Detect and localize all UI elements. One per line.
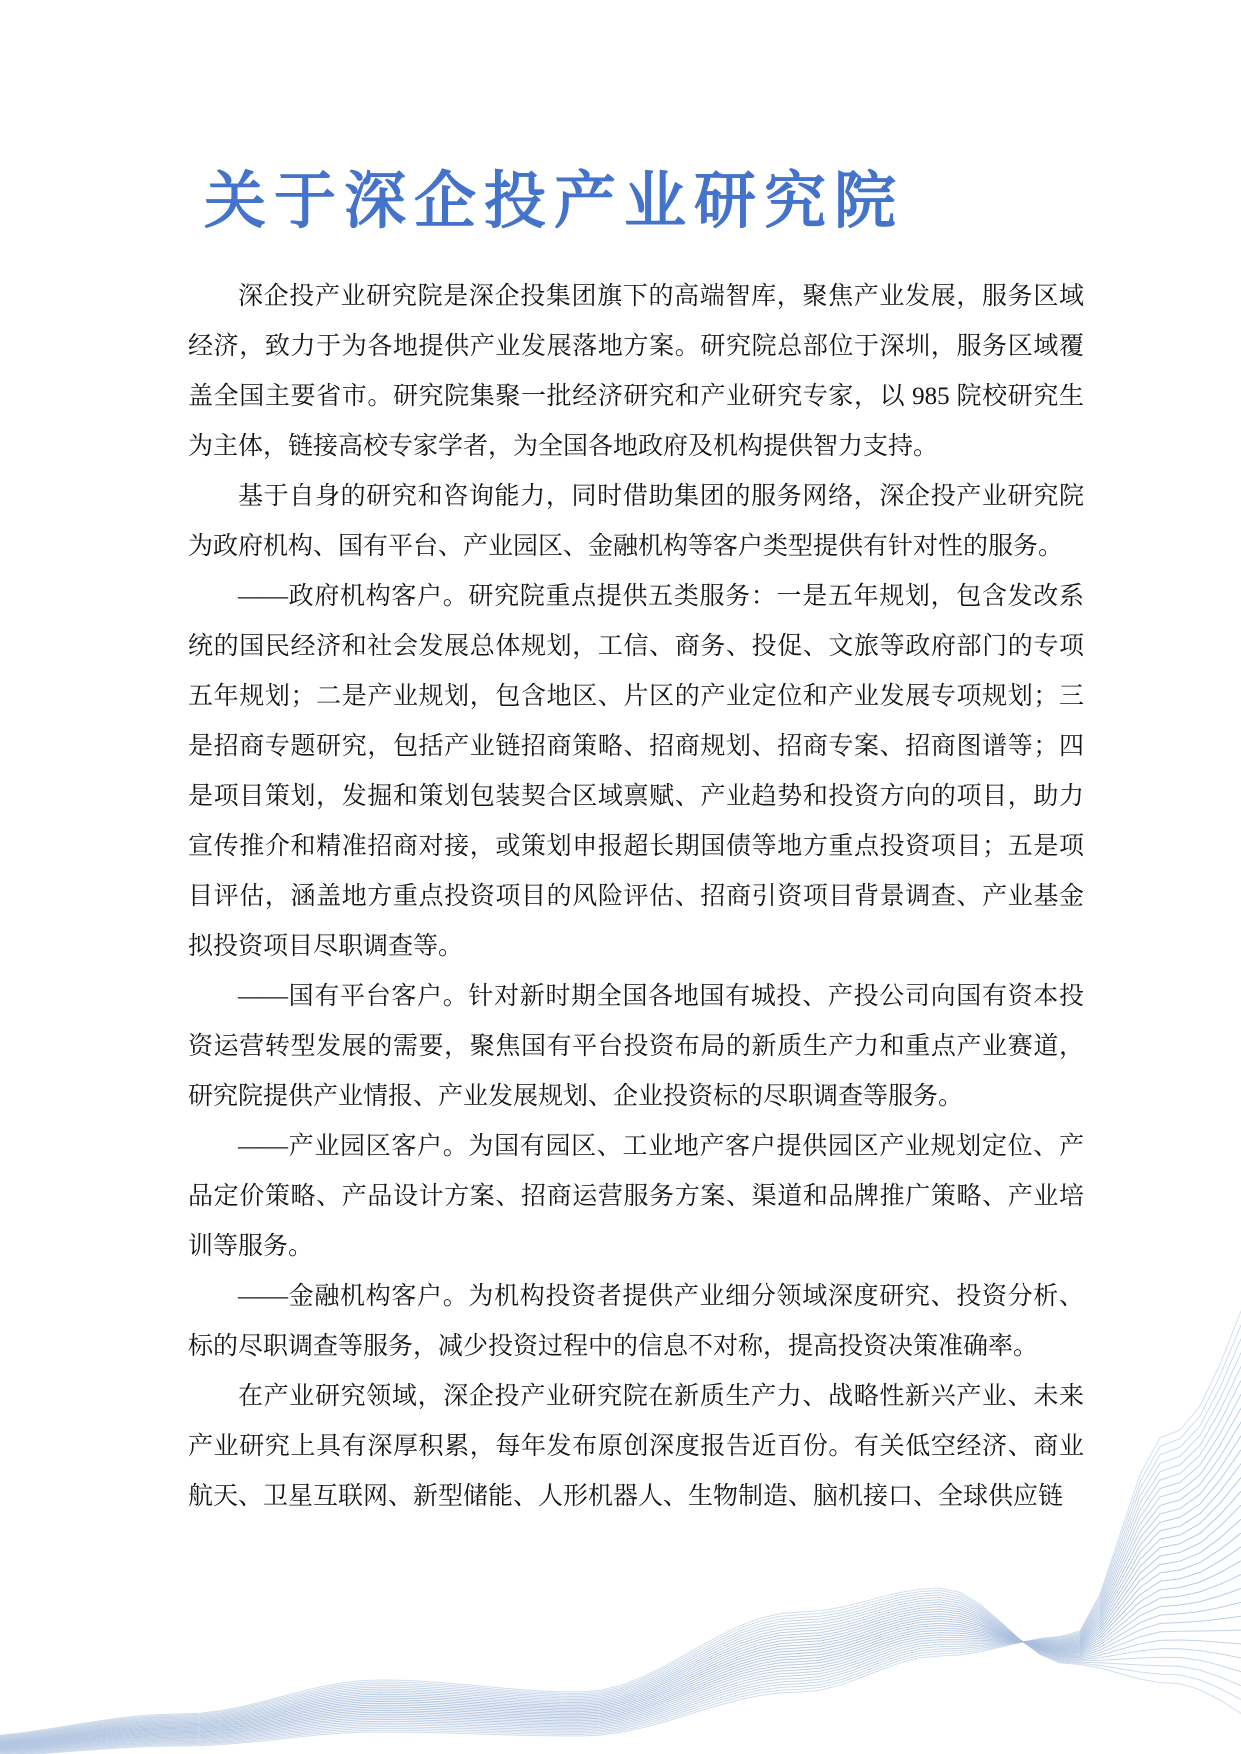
paragraph-financial-clients: ——金融机构客户。为机构投资者提供产业细分领域深度研究、投资分析、标的尽职调查等…: [188, 1272, 1084, 1372]
paragraph-industrial-park-clients: ——产业园区客户。为国有园区、工业地产客户提供园区产业规划定位、产品定价策略、产…: [188, 1122, 1084, 1272]
body-text: 深企投产业研究院是深企投集团旗下的高端智库，聚焦产业发展，服务区域经济，致力于为…: [188, 272, 1084, 1522]
paragraph-government-clients: ——政府机构客户。研究院重点提供五类服务：一是五年规划，包含发改系统的国民经济和…: [188, 572, 1084, 972]
document-page: 关于深企投产业研究院 深企投产业研究院是深企投集团旗下的高端智库，聚焦产业发展，…: [0, 0, 1241, 1754]
paragraph-soe-platform-clients: ——国有平台客户。针对新时期全国各地国有城投、产投公司向国有资本投资运营转型发展…: [188, 972, 1084, 1122]
paragraph-capabilities: 基于自身的研究和咨询能力，同时借助集团的服务网络，深企投产业研究院为政府机构、国…: [188, 472, 1084, 572]
page-title: 关于深企投产业研究院: [204, 168, 904, 236]
paragraph-research-fields: 在产业研究领域，深企投产业研究院在新质生产力、战略性新兴产业、未来产业研究上具有…: [188, 1372, 1084, 1522]
paragraph-intro: 深企投产业研究院是深企投集团旗下的高端智库，聚焦产业发展，服务区域经济，致力于为…: [188, 272, 1084, 472]
